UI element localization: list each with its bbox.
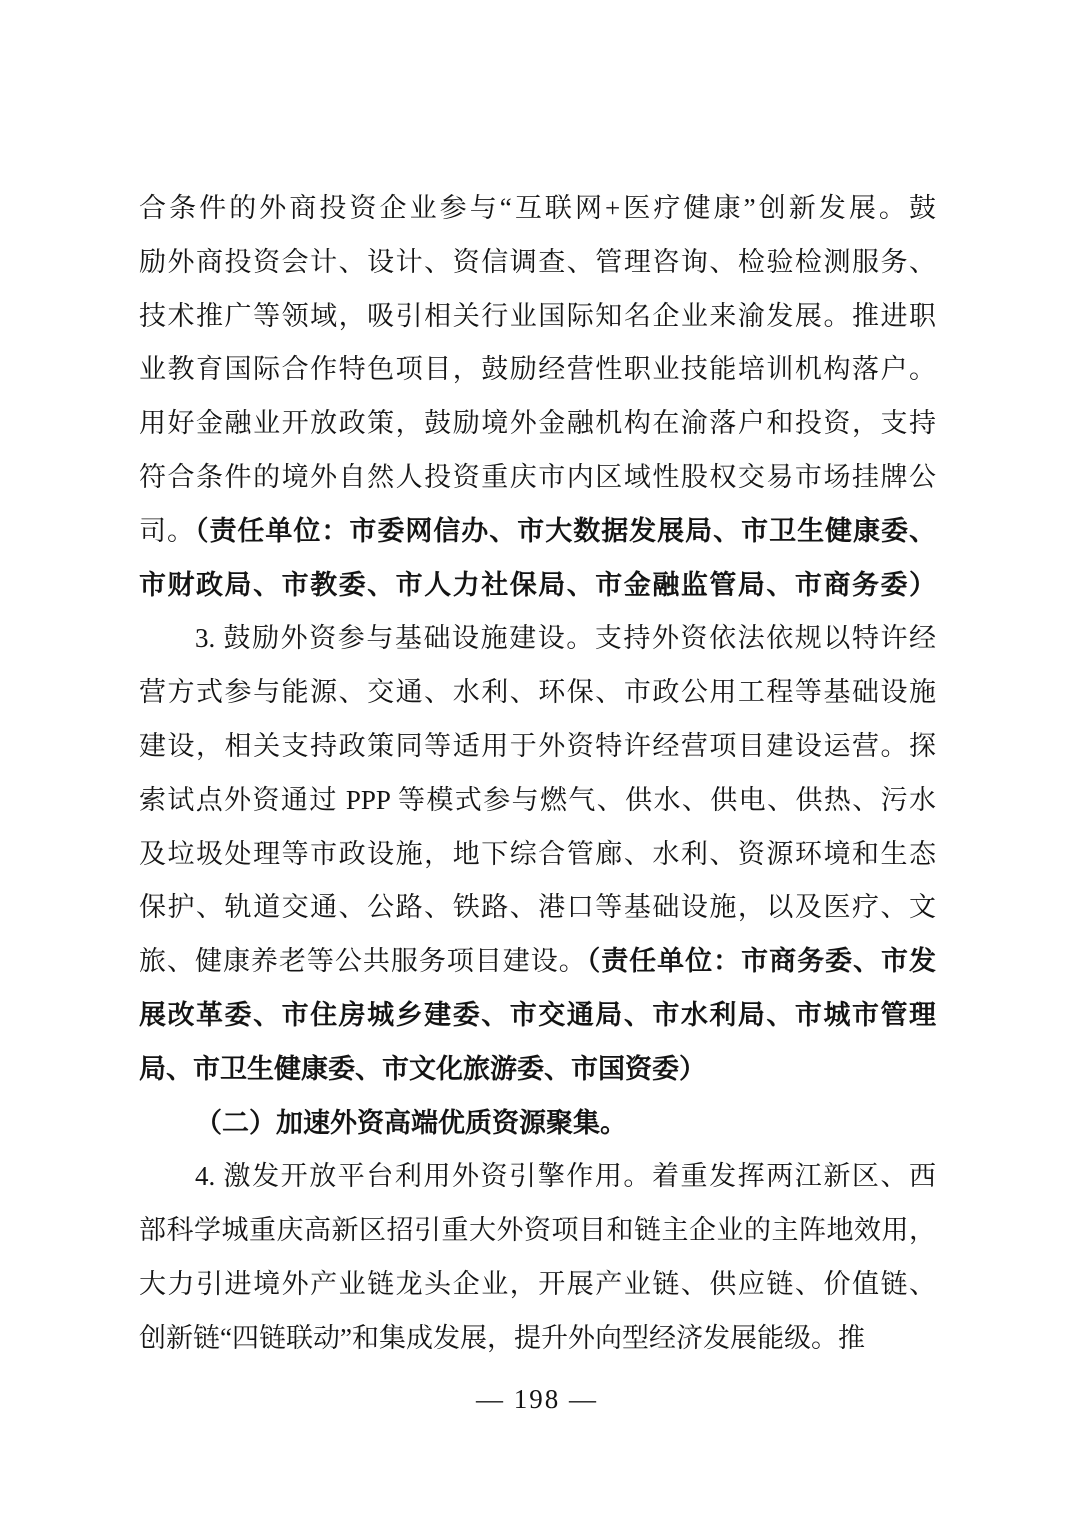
body-text: 营方式参与能源、交通、水利、环保、市政公用工程等基础设施 (139, 677, 936, 707)
body-text: 创新链“四链联动”和集成发展，提升外向型经济发展能级。推 (139, 1323, 865, 1353)
text-line: 建设，相关支持政策同等适用于外资特许经营项目建设运营。探 (139, 720, 936, 774)
text-line: 符合条件的境外自然人投资重庆市内区域性股权交易市场挂牌公 (139, 451, 936, 505)
text-line: 保护、轨道交通、公路、铁路、港口等基础设施，以及医疗、文 (139, 881, 936, 935)
text-line: 用好金融业开放政策，鼓励境外金融机构在渝落户和投资，支持 (139, 397, 936, 451)
body-text: 业教育国际合作特色项目，鼓励经营性职业技能培训机构落户。 (139, 354, 936, 384)
body-text: 索试点外资通过 PPP 等模式参与燃气、供水、供电、供热、污水 (139, 785, 936, 815)
responsibility-unit-text: 局、市卫生健康委、市文化旅游委、市国资委） (139, 1054, 706, 1084)
body-text: 司。 (139, 516, 195, 546)
document-body: 合条件的外商投资企业参与“互联网+医疗健康”创新发展。鼓 励外商投资会计、设计、… (139, 182, 936, 1366)
text-line: 4. 激发开放平台利用外资引擎作用。着重发挥两江新区、西 (139, 1150, 936, 1204)
text-line: 3. 鼓励外资参与基础设施建设。支持外资依法依规以特许经 (139, 612, 936, 666)
text-line: 技术推广等领域，吸引相关行业国际知名企业来渝发展。推进职 (139, 290, 936, 344)
text-line: 局、市卫生健康委、市文化旅游委、市国资委） (139, 1043, 936, 1097)
body-text: 符合条件的境外自然人投资重庆市内区域性股权交易市场挂牌公 (139, 462, 936, 492)
body-text: 用好金融业开放政策，鼓励境外金融机构在渝落户和投资，支持 (139, 408, 936, 438)
body-text: 部科学城重庆高新区招引重大外资项目和链主企业的主阵地效用， (139, 1215, 936, 1245)
body-text: 励外商投资会计、设计、资信调查、管理咨询、检验检测服务、 (139, 247, 936, 277)
text-line: 部科学城重庆高新区招引重大外资项目和链主企业的主阵地效用， (139, 1204, 936, 1258)
body-text: 合条件的外商投资企业参与“互联网+医疗健康”创新发展。鼓 (139, 193, 936, 223)
body-text: 保护、轨道交通、公路、铁路、港口等基础设施，以及医疗、文 (139, 892, 936, 922)
text-line: 司。（责任单位：市委网信办、市大数据发展局、市卫生健康委、 (139, 505, 936, 559)
text-line: 营方式参与能源、交通、水利、环保、市政公用工程等基础设施 (139, 666, 936, 720)
section-heading: （二）加速外资高端优质资源聚集。 (195, 1108, 627, 1138)
responsibility-unit-text: 市财政局、市教委、市人力社保局、市金融监管局、市商务委） (139, 570, 936, 600)
body-text: 建设，相关支持政策同等适用于外资特许经营项目建设运营。探 (139, 731, 936, 761)
text-line: 市财政局、市教委、市人力社保局、市金融监管局、市商务委） (139, 559, 936, 613)
body-text: 4. 激发开放平台利用外资引擎作用。着重发挥两江新区、西 (195, 1161, 936, 1191)
text-line: 旅、健康养老等公共服务项目建设。（责任单位：市商务委、市发 (139, 935, 936, 989)
text-line: 及垃圾处理等市政设施，地下综合管廊、水利、资源环境和生态 (139, 828, 936, 882)
responsibility-unit-text: （责任单位：市委网信办、市大数据发展局、市卫生健康委、 (195, 516, 936, 546)
page-number: — 198 — (0, 1384, 1074, 1415)
body-text: 及垃圾处理等市政设施，地下综合管廊、水利、资源环境和生态 (139, 839, 936, 869)
text-line: 励外商投资会计、设计、资信调查、管理咨询、检验检测服务、 (139, 236, 936, 290)
body-text: 技术推广等领域，吸引相关行业国际知名企业来渝发展。推进职 (139, 301, 936, 331)
text-line: 合条件的外商投资企业参与“互联网+医疗健康”创新发展。鼓 (139, 182, 936, 236)
body-text: 大力引进境外产业链龙头企业，开展产业链、供应链、价值链、 (139, 1269, 936, 1299)
text-line: 大力引进境外产业链龙头企业，开展产业链、供应链、价值链、 (139, 1258, 936, 1312)
responsibility-unit-text: 展改革委、市住房城乡建委、市交通局、市水利局、市城市管理 (139, 1000, 936, 1030)
body-text: 3. 鼓励外资参与基础设施建设。支持外资依法依规以特许经 (195, 623, 936, 653)
text-line: 创新链“四链联动”和集成发展，提升外向型经济发展能级。推 (139, 1312, 936, 1366)
text-line: 展改革委、市住房城乡建委、市交通局、市水利局、市城市管理 (139, 989, 936, 1043)
document-page: 合条件的外商投资企业参与“互联网+医疗健康”创新发展。鼓 励外商投资会计、设计、… (0, 0, 1074, 1520)
text-line: 索试点外资通过 PPP 等模式参与燃气、供水、供电、供热、污水 (139, 774, 936, 828)
text-line: 业教育国际合作特色项目，鼓励经营性职业技能培训机构落户。 (139, 343, 936, 397)
body-text: 旅、健康养老等公共服务项目建设。 (139, 946, 587, 976)
text-line: （二）加速外资高端优质资源聚集。 (139, 1097, 936, 1151)
responsibility-unit-text: （责任单位：市商务委、市发 (587, 946, 936, 976)
